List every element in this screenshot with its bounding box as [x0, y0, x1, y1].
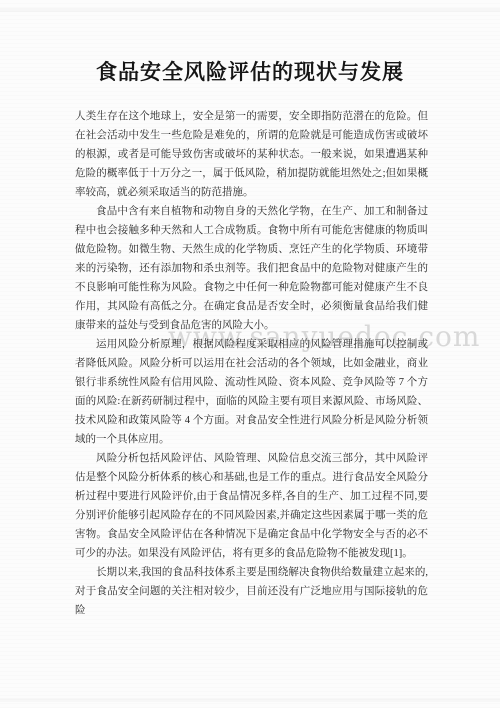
- document-page: 食品安全风险评估的现状与发展 www.sanyuedoc.com 人类生存在这个…: [0, 0, 500, 708]
- paragraph-2: 食品中含有来自植物和动物自身的天然化学物，在生产、加工和制备过程中也会接触多种天…: [75, 202, 428, 335]
- scan-artifact-band: [0, 698, 500, 702]
- scan-artifact-band: [0, 8, 500, 12]
- paragraph-3: 运用风险分析原理，根据风险程度采取相应的风险管理措施可以控制或者降低风险。风险分…: [75, 335, 428, 449]
- paragraph-4: 风险分析包括风险评估、风险管理、风险信息交流三部分，其中风险评估是整个风险分析体…: [75, 449, 428, 563]
- paragraph-1: 人类生存在这个地球上，安全是第一的需要，安全即指防范潜在的危险。但在社会活动中发…: [75, 107, 428, 202]
- document-title: 食品安全风险评估的现状与发展: [0, 0, 500, 87]
- document-body: 人类生存在这个地球上，安全是第一的需要，安全即指防范潜在的危险。但在社会活动中发…: [75, 107, 428, 620]
- paragraph-5: 长期以来,我国的食品科技体系主要是围绕解决食物供给数量建立起来的,对于食品安全问…: [75, 563, 428, 620]
